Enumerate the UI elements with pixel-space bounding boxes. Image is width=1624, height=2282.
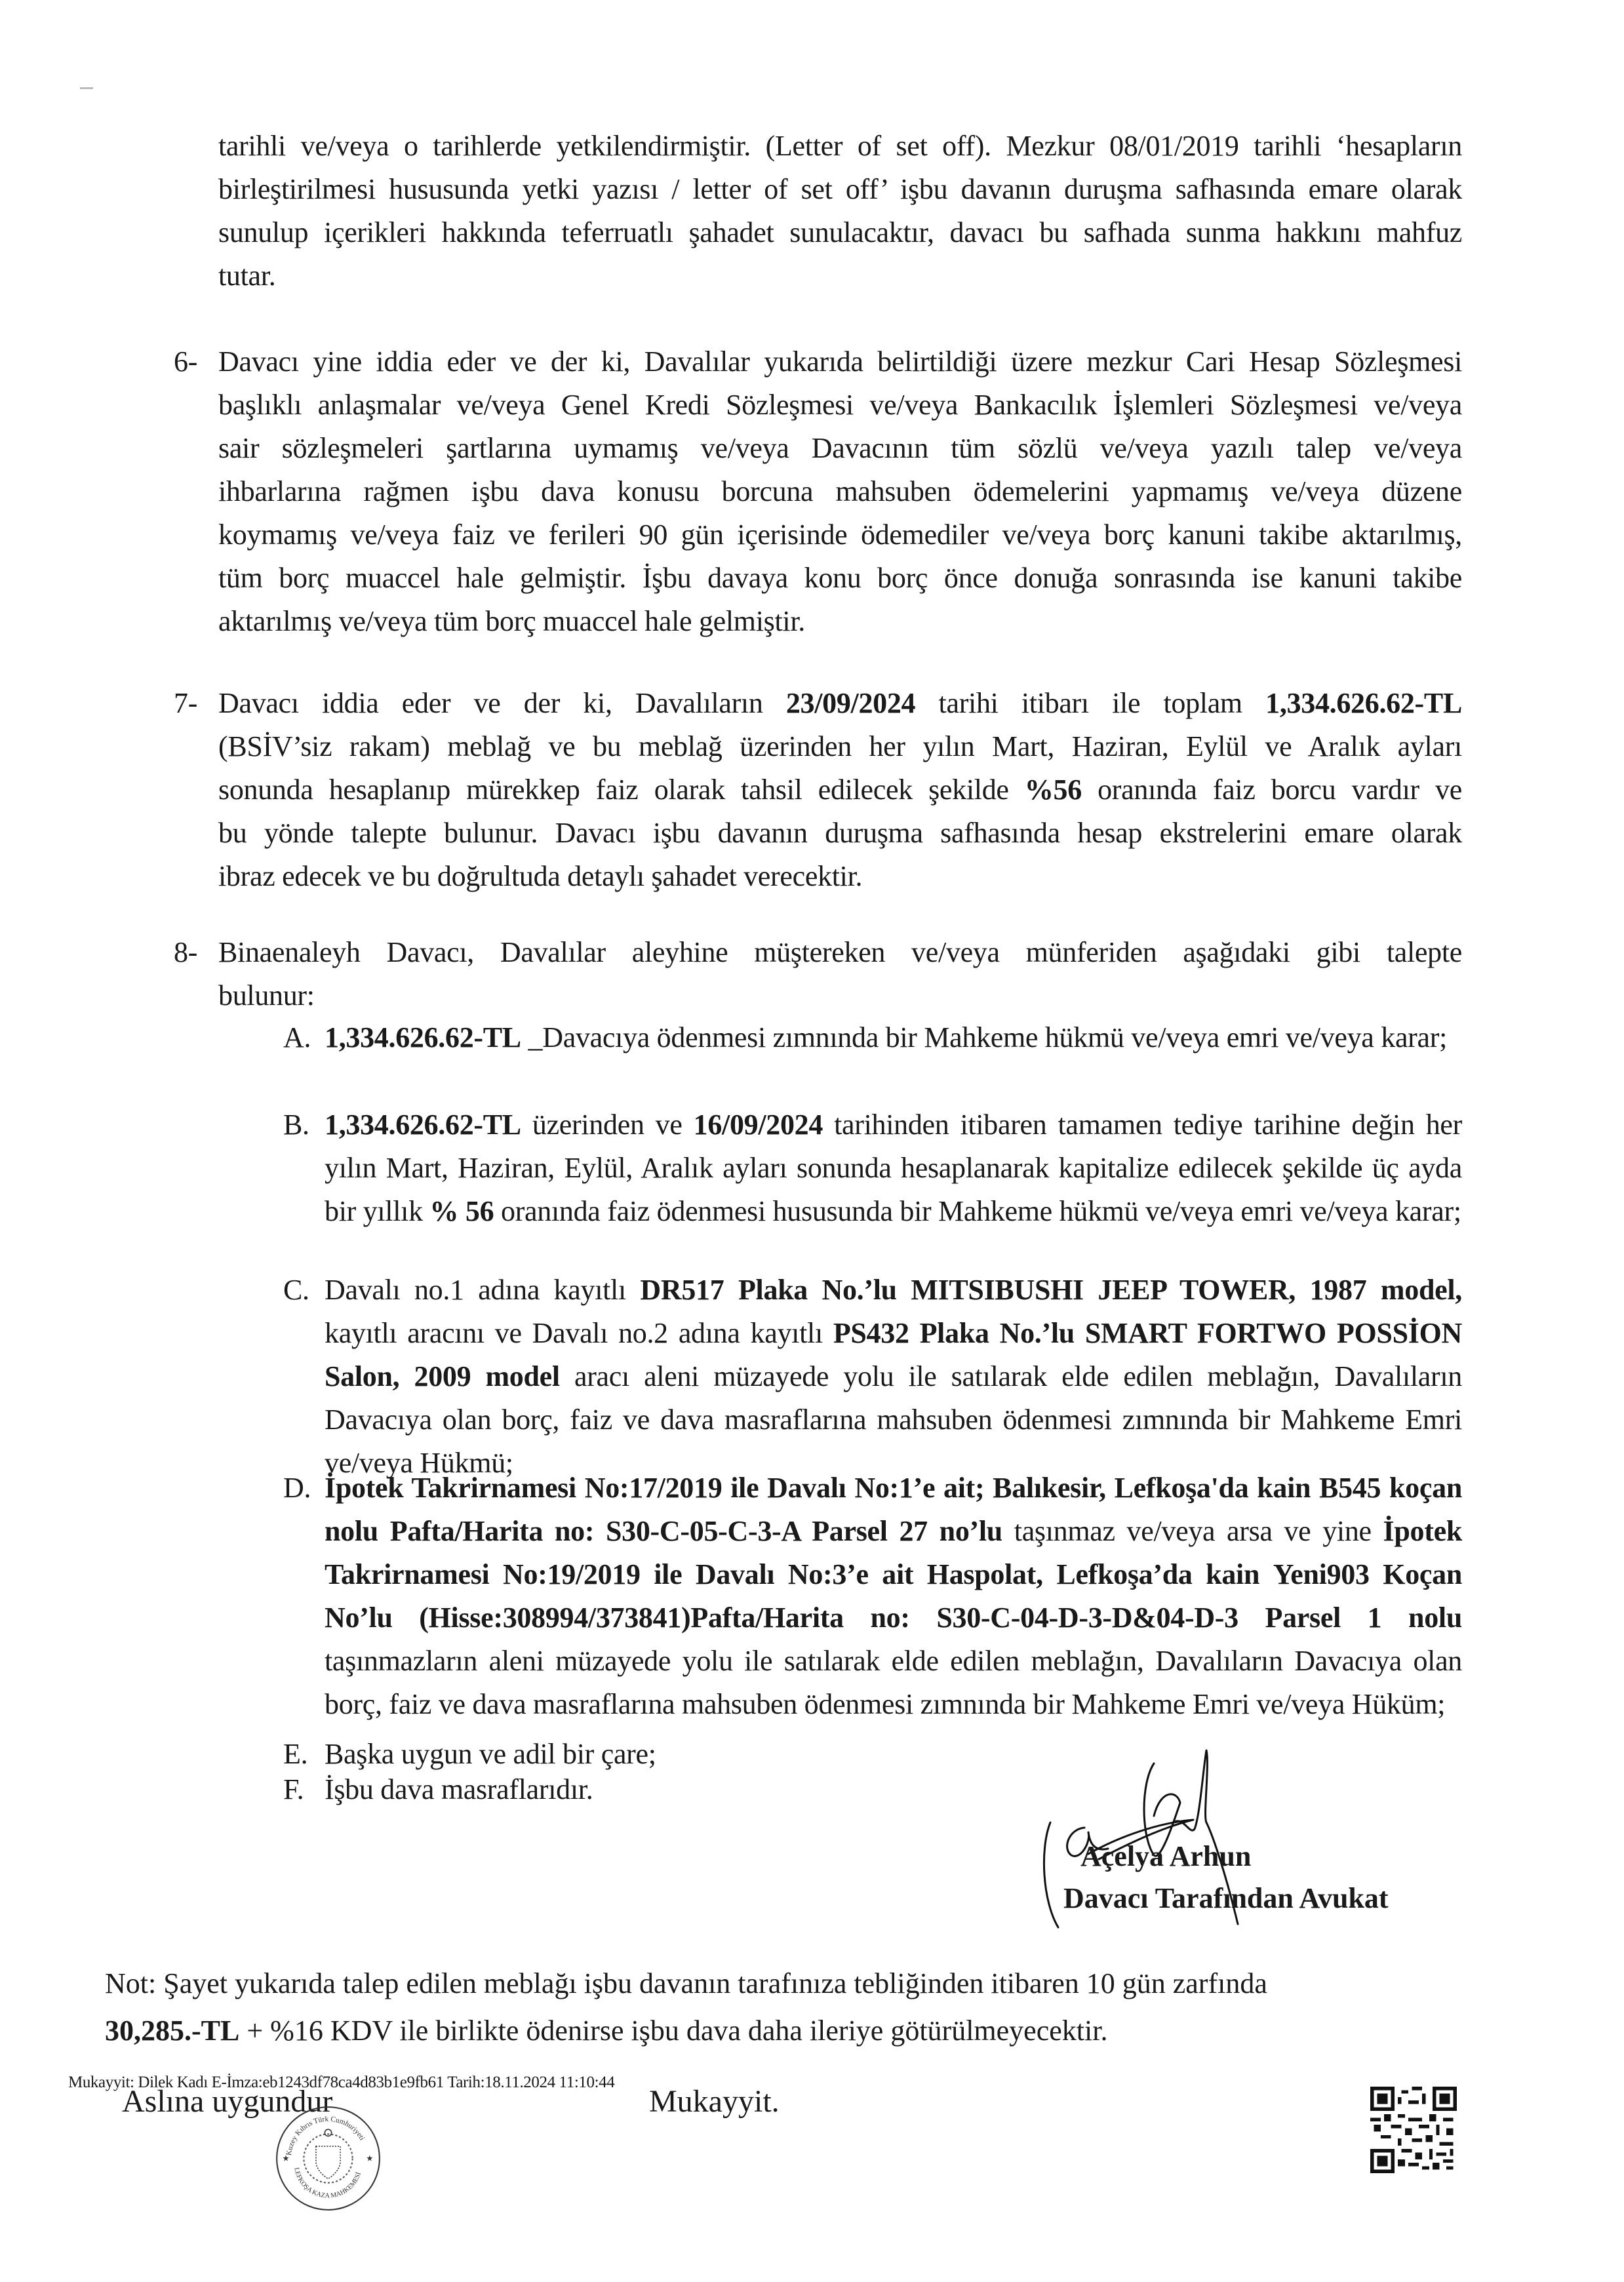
text-line: Davalı no.1 adına kayıtlı DR517 Plaka No… bbox=[325, 1274, 1366, 1306]
paragraph-7: 7- Davacı iddia eder ve der ki, Davalıla… bbox=[218, 682, 1462, 898]
paragraph-number: 7- bbox=[174, 682, 197, 725]
attorney-title: Davacı Tarafından Avukat bbox=[1063, 1881, 1389, 1915]
vehicle-bold: DR517 Plaka No.’lu MITSIBUSHI JEEP TOWER… bbox=[640, 1274, 1366, 1306]
paragraph-number: 8- bbox=[174, 931, 197, 974]
text-segment: oranında faiz ödenmesi hususunda bir Mah… bbox=[494, 1195, 1293, 1227]
seal-top-text: Kuzey Kıbrıs Türk Cumhuriyeti bbox=[285, 2115, 366, 2156]
vehicle-bold: model, bbox=[1381, 1274, 1462, 1306]
text-line: 1,334.626.62-TL üzerinden ve 16/09/2024 … bbox=[325, 1109, 1415, 1141]
rate-bold: % 56 bbox=[429, 1195, 494, 1227]
text-segment: aracı aleni müzayede yolu ile satılarak … bbox=[560, 1360, 1320, 1392]
text-line: Mahkeme Emri ve/veya Hüküm; bbox=[1071, 1688, 1445, 1720]
text-segment: + %16 KDV ile birlikte ödenirse işbu dav… bbox=[239, 2015, 1107, 2047]
text-line: koymamış ve/veya faiz ve ferileri 90 gün… bbox=[218, 513, 1462, 557]
qr-code-icon bbox=[1370, 2087, 1457, 2173]
amount-bold: 1,334.626.62-TL bbox=[325, 1109, 521, 1141]
claim-letter: C. bbox=[283, 1269, 309, 1312]
text-segment: Davalı no.1 adına kayıtlı bbox=[325, 1274, 640, 1306]
paragraph-8: 8- Binaenaleyh Davacı, Davalılar aleyhin… bbox=[218, 931, 1462, 1017]
text-segment: tarihinden itibaren tamamen tediye tarih… bbox=[823, 1109, 1415, 1141]
text-line: İşbu dava masraflarıdır. bbox=[325, 1773, 593, 1805]
claim-letter: B. bbox=[283, 1103, 309, 1147]
text-line: tüm borç muaccel hale gelmiştir. İşbu da… bbox=[218, 557, 1462, 600]
claim-a: A. 1,334.626.62-TL _Davacıya ödenmesi zı… bbox=[325, 1016, 1462, 1059]
text-segment: taşınmazların aleni müzayede yolu ile sa… bbox=[325, 1645, 1144, 1677]
claim-letter: F. bbox=[283, 1768, 304, 1811]
claim-letter: D. bbox=[283, 1466, 311, 1510]
date-bold: 16/09/2024 bbox=[694, 1109, 823, 1141]
text-segment: Davacı iddia eder ve der ki, Davalıların bbox=[218, 687, 786, 719]
amount-bold: 1,334.626.62-TL bbox=[325, 1021, 521, 1053]
text-line: bu yönde talepte bulunur. Davacı işbu da… bbox=[218, 812, 1462, 855]
svg-text:LEFKOŞA KAZA MAHKEMESİ: LEFKOŞA KAZA MAHKEMESİ bbox=[292, 2167, 363, 2200]
text-line: birleştirilmesi hususunda yetki yazısı /… bbox=[218, 168, 1462, 211]
scan-speck bbox=[80, 87, 93, 89]
text-segment: tarihi itibarı ile toplam bbox=[915, 687, 1265, 719]
fee-amount-bold: 30,285.-TL bbox=[105, 2015, 239, 2047]
text-segment: _Davacıya ödenmesi zımnında bir Mahkeme … bbox=[521, 1021, 1374, 1053]
text-line: 1,334.626.62-TL _Davacıya ödenmesi zımnı… bbox=[325, 1021, 1374, 1053]
svg-text:Kuzey Kıbrıs Türk Cumhuriyeti: Kuzey Kıbrıs Türk Cumhuriyeti bbox=[285, 2115, 366, 2156]
claim-d: D. İpotek Takrirnamesi No:17/2019 ile Da… bbox=[325, 1466, 1462, 1726]
text-line: aktarılmış ve/veya tüm borç muaccel hale… bbox=[218, 600, 1462, 643]
text-segment: üzerinden ve bbox=[521, 1109, 694, 1141]
note-line: 30,285.-TL + %16 KDV ile birlikte ödenir… bbox=[105, 2007, 1469, 2055]
text-line: Davacı yine iddia eder ve der ki, Davalı… bbox=[218, 340, 1462, 384]
document-page: tarihli ve/veya o tarihlerde yetkilendir… bbox=[0, 0, 1624, 2282]
text-line: sair sözleşmeleri şartlarına uymamış ve/… bbox=[218, 427, 1462, 470]
registrar-stamp: Mukayyit. bbox=[649, 2083, 780, 2119]
text-line: (BSİV’siz rakam) meblağ ve bu meblağ üze… bbox=[218, 725, 1462, 768]
text-segment: oranında faiz borcu vardır ve bbox=[1082, 774, 1462, 806]
text-line: Binaenaleyh Davacı, Davalılar aleyhine m… bbox=[218, 931, 1462, 974]
text-line: sonunda hesaplanıp mürekkep faiz olarak … bbox=[218, 768, 1462, 812]
text-line: İpotek Takrirnamesi No:17/2019 ile Daval… bbox=[325, 1472, 1381, 1504]
seal-bottom-text: LEFKOŞA KAZA MAHKEMESİ bbox=[292, 2167, 363, 2200]
text-line: sunulup içerikleri hakkında teferruatlı … bbox=[218, 211, 1462, 254]
intro-paragraph: tarihli ve/veya o tarihlerde yetkilendir… bbox=[218, 125, 1462, 298]
text-segment: kayıtlı aracını ve Davalı no.2 adına kay… bbox=[325, 1317, 833, 1349]
paragraph-6: 6- Davacı yine iddia eder ve der ki, Dav… bbox=[218, 340, 1462, 643]
text-segment: taşınmaz ve/veya arsa ve bbox=[1002, 1515, 1311, 1547]
text-line: başlıklı anlaşmalar ve/veya Genel Kredi … bbox=[218, 384, 1462, 427]
date-bold: 23/09/2024 bbox=[786, 687, 915, 719]
property-bold: İpotek Takrirnamesi No:17/2019 ile Daval… bbox=[325, 1472, 1381, 1504]
text-line: Başka uygun ve adil bir çare; bbox=[325, 1738, 656, 1770]
attorney-name: Açelya Arhun bbox=[1080, 1839, 1251, 1873]
claim-b: B. 1,334.626.62-TL üzerinden ve 16/09/20… bbox=[325, 1103, 1462, 1233]
text-line: tutar. bbox=[218, 254, 1462, 298]
claim-letter: A. bbox=[283, 1016, 311, 1059]
text-line: tarihli ve/veya o tarihlerde yetkilendir… bbox=[218, 125, 1462, 168]
paragraph-number: 6- bbox=[174, 340, 197, 384]
rate-bold: %56 bbox=[1025, 774, 1082, 806]
note-paragraph: Not: Şayet yukarıda talep edilen meblağı… bbox=[105, 1960, 1469, 2055]
svg-text:★: ★ bbox=[366, 2154, 373, 2163]
text-line: ve/veya karar; bbox=[1300, 1195, 1461, 1227]
text-line: karar; bbox=[1381, 1021, 1447, 1053]
text-segment: yine bbox=[1322, 1515, 1383, 1547]
vehicle-bold: PS432 Plaka No.’lu SMART FORTWO bbox=[833, 1317, 1326, 1349]
text-line: Davacı iddia eder ve der ki, Davalıların… bbox=[218, 682, 1462, 725]
court-seal-icon: ★ ★ Kuzey Kıbrıs Türk Cumhuriyeti LEFKOŞ… bbox=[274, 2104, 382, 2213]
text-segment: sonunda hesaplanıp mürekkep faiz olarak … bbox=[218, 774, 1025, 806]
property-bold: Parsel 1 nolu bbox=[1265, 1602, 1462, 1634]
text-line: ibraz edecek ve bu doğrultuda detaylı şa… bbox=[218, 855, 1462, 898]
amount-bold: 1,334.626.62-TL bbox=[1265, 687, 1462, 719]
text-line: bulunur: bbox=[218, 974, 1462, 1017]
note-line: Not: Şayet yukarıda talep edilen meblağı… bbox=[105, 1960, 1469, 2007]
claim-c: C. Davalı no.1 adına kayıtlı DR517 Plaka… bbox=[325, 1269, 1462, 1485]
text-line: ihbarlarına rağmen işbu dava konusu borc… bbox=[218, 470, 1462, 513]
